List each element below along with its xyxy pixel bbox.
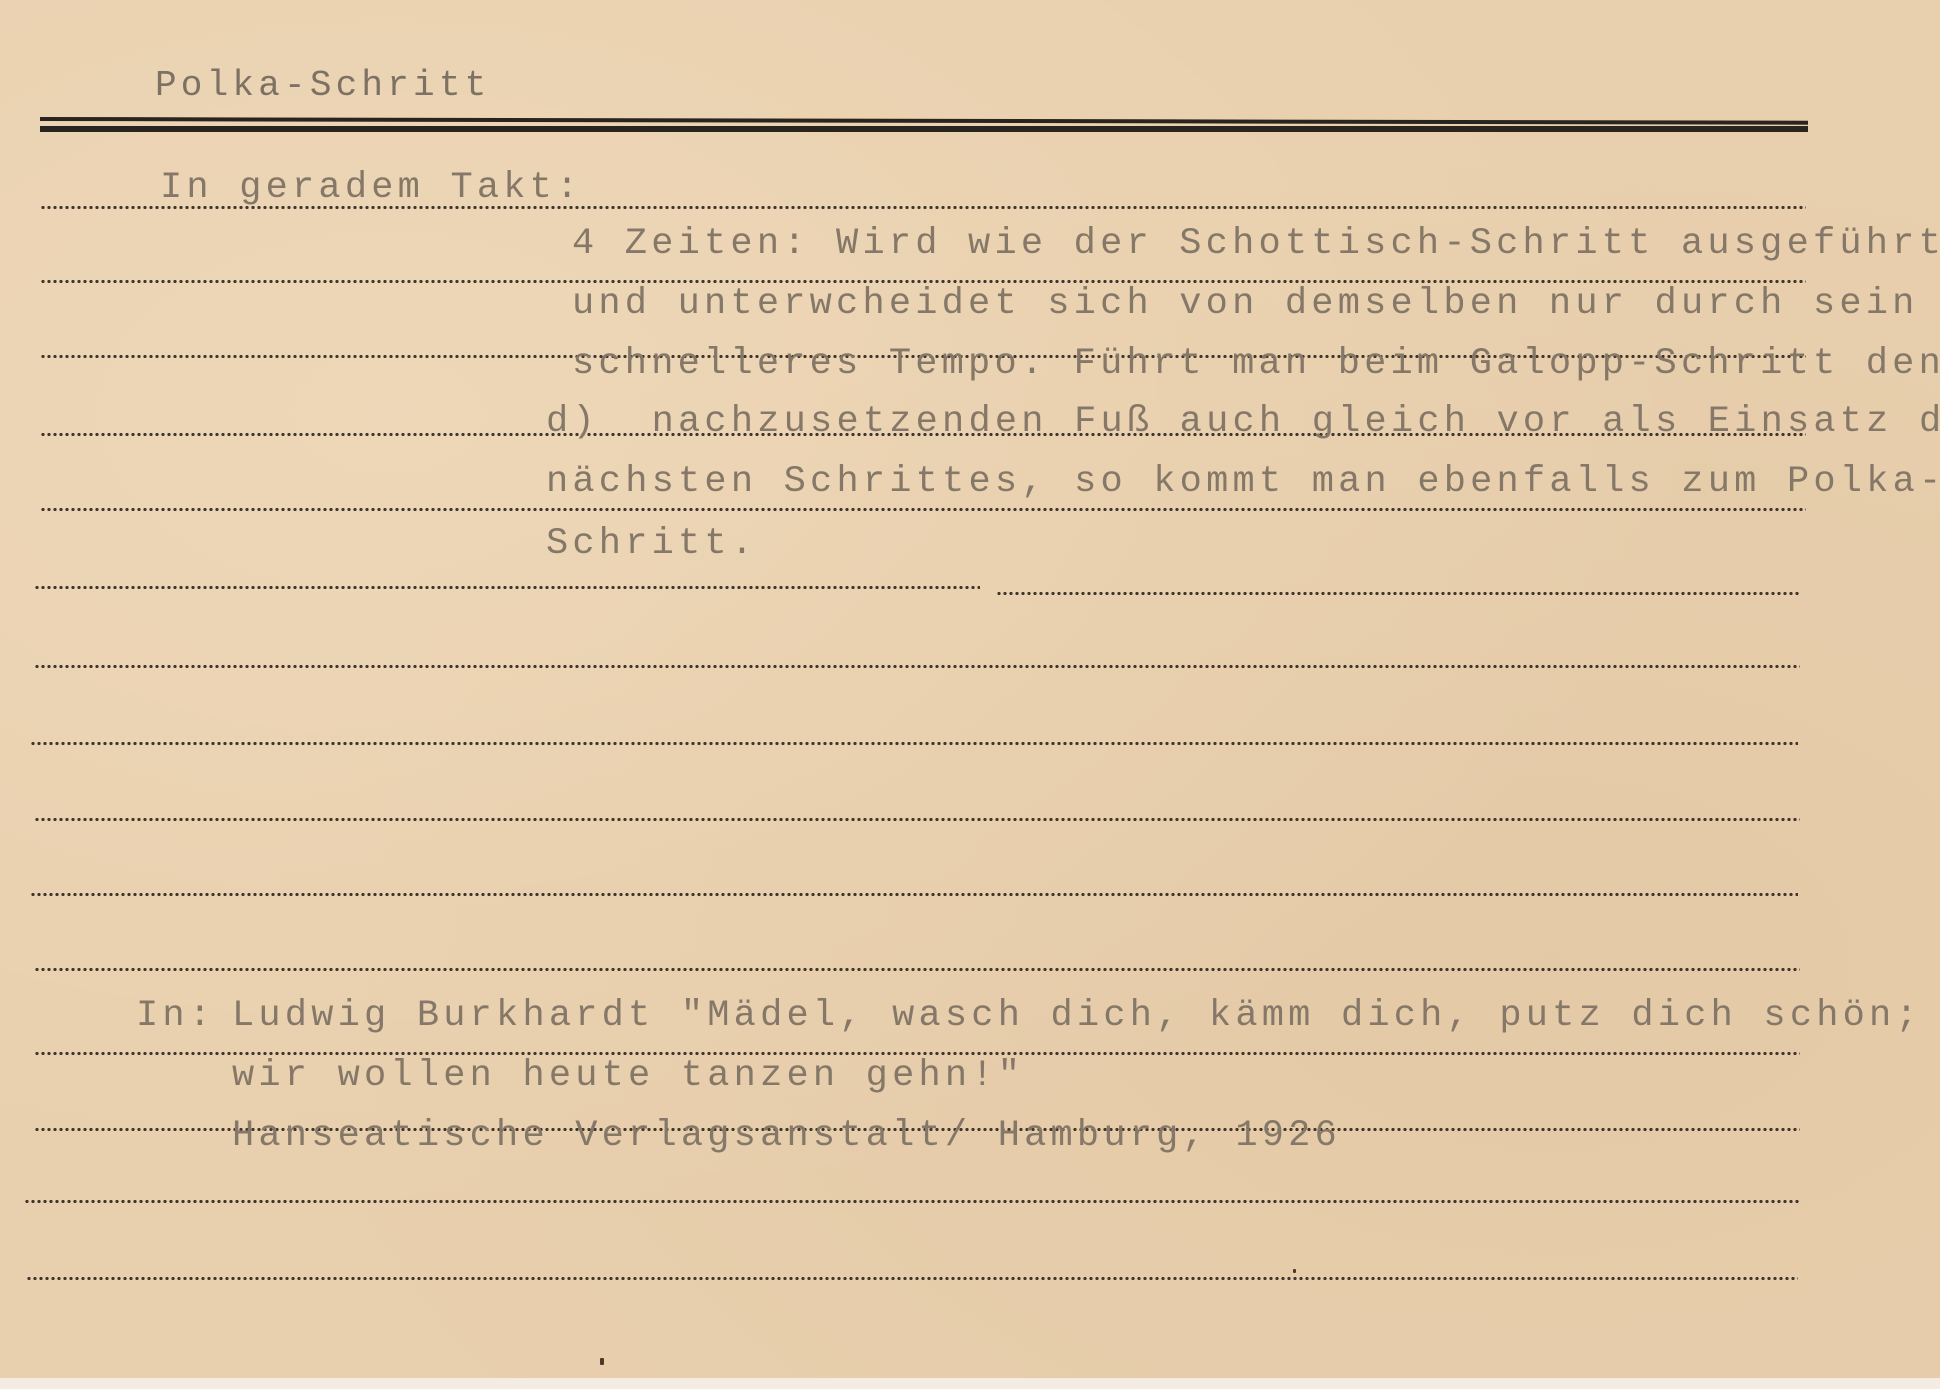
reference-line: Hanseatische Verlagsanstalt/ Hamburg, 19…	[232, 1118, 1341, 1155]
reference-label: In:	[136, 998, 215, 1035]
header-double-rule-top	[40, 117, 1808, 125]
ruled-line	[30, 893, 1798, 896]
description-line: und unterwcheidet sich von demselben nur…	[572, 286, 1919, 323]
ruled-line	[24, 1200, 1800, 1203]
paper-speck	[600, 1358, 604, 1365]
ruled-line	[996, 592, 1800, 595]
header-double-rule-bottom	[40, 126, 1808, 132]
reference-line: Ludwig Burkhardt "Mädel, wasch dich, käm…	[232, 998, 1922, 1035]
ruled-line	[26, 1277, 1798, 1280]
ruled-line	[34, 665, 1800, 668]
scan-edge	[0, 1378, 1940, 1389]
index-card: Polka-Schritt In geradem Takt: 4 Zeiten:…	[0, 0, 1940, 1378]
description-line: 4 Zeiten: Wird wie der Schottisch-Schrit…	[572, 226, 1940, 263]
description-line: nächsten Schrittes, so kommt man ebenfal…	[546, 464, 1940, 501]
card-title: Polka-Schritt	[155, 68, 490, 104]
ruled-line	[40, 206, 1806, 209]
description-line: schnelleres Tempo. Führt man beim Galopp…	[572, 346, 1940, 383]
reference-line: wir wollen heute tanzen gehn!"	[232, 1058, 1024, 1095]
ruled-line	[40, 508, 1806, 511]
subheading: In geradem Takt:	[160, 170, 582, 207]
ruled-line	[30, 742, 1798, 745]
description-line: d) nachzusetzenden Fuß auch gleich vor a…	[546, 404, 1940, 441]
ruled-line	[34, 968, 1800, 971]
paper-speck	[1293, 1269, 1296, 1273]
ruled-line	[34, 818, 1800, 821]
description-line: Schritt.	[546, 526, 757, 563]
ruled-line	[34, 586, 980, 589]
